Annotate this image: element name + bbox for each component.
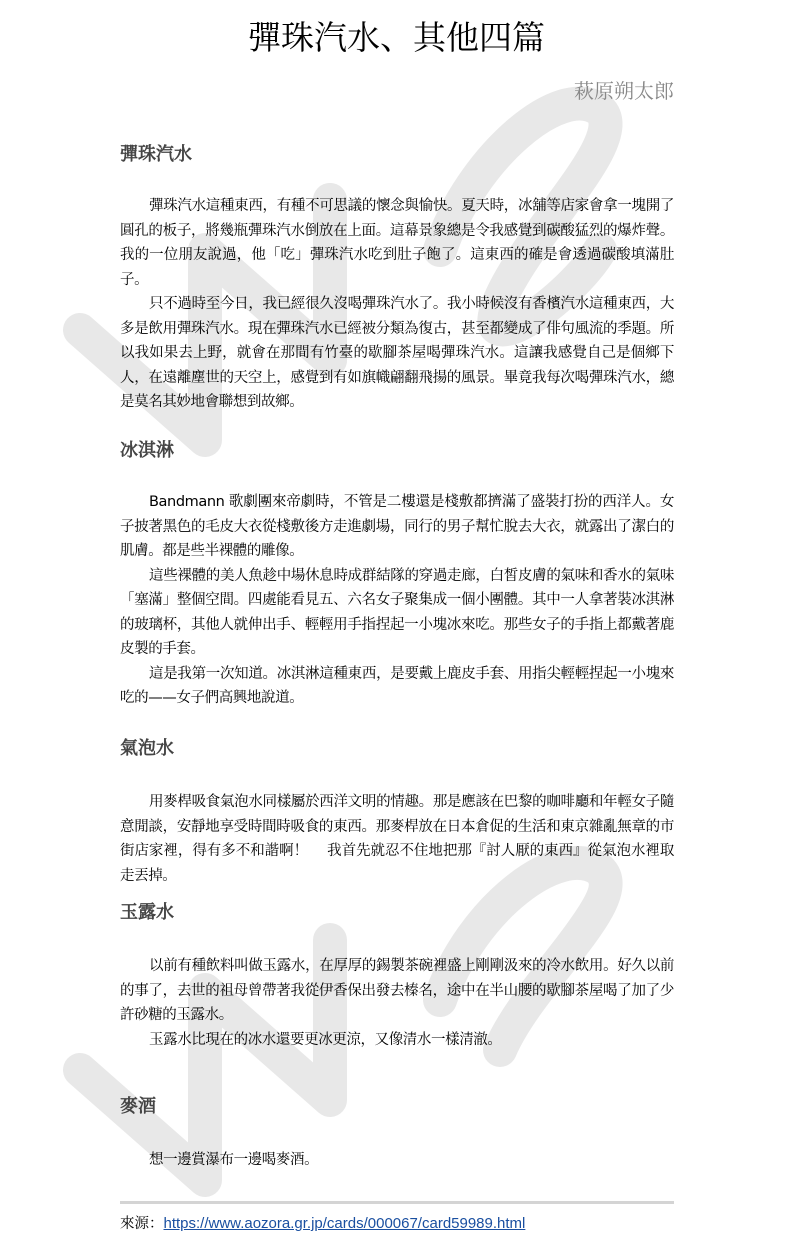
- source-footer: 來源：https://www.aozora.gr.jp/cards/000067…: [120, 1212, 525, 1233]
- page-title: 彈珠汽水、其他四篇: [0, 12, 793, 59]
- source-label: 來源：: [120, 1216, 164, 1232]
- paragraph: 彈珠汽水這種東西，有種不可思議的懷念與愉快。夏天時，冰舖等店家會拿一塊開了圓孔的…: [120, 194, 674, 292]
- section-body-ice-cream: Bandmann 歌劇團來帝劇時，不管是二樓還是棧敷都擠滿了盛裝打扮的西洋人。女…: [120, 490, 674, 711]
- section-body-soda-water: 用麥桿吸食氣泡水同樣屬於西洋文明的情趣。那是應該在巴黎的咖啡廳和年輕女子隨意閒談…: [120, 790, 674, 888]
- paragraph: 用麥桿吸食氣泡水同樣屬於西洋文明的情趣。那是應該在巴黎的咖啡廳和年輕女子隨意閒談…: [120, 790, 674, 888]
- section-body-beer: 想一邊賞瀑布一邊喝麥酒。: [120, 1148, 674, 1173]
- source-link[interactable]: https://www.aozora.gr.jp/cards/000067/ca…: [164, 1215, 526, 1232]
- section-body-ramune: 彈珠汽水這種東西，有種不可思議的懷念與愉快。夏天時，冰舖等店家會拿一塊開了圓孔的…: [120, 194, 674, 415]
- paragraph: 以前有種飲料叫做玉露水，在厚厚的錫製茶碗裡盛上剛剛汲來的冷水飲用。好久以前的事了…: [120, 954, 674, 1028]
- section-heading-beer: 麥酒: [120, 1092, 156, 1118]
- author-name: 萩原朔太郎: [574, 75, 674, 104]
- paragraph: 玉露水比現在的冰水還要更冰更涼，又像清水一樣清澈。: [120, 1028, 674, 1053]
- section-heading-gyokuro-water: 玉露水: [120, 898, 174, 924]
- section-heading-ice-cream: 冰淇淋: [120, 436, 174, 462]
- section-heading-soda-water: 氣泡水: [120, 734, 174, 760]
- footer-divider: [120, 1201, 674, 1204]
- paragraph: 想一邊賞瀑布一邊喝麥酒。: [120, 1148, 674, 1173]
- paragraph: Bandmann 歌劇團來帝劇時，不管是二樓還是棧敷都擠滿了盛裝打扮的西洋人。女…: [120, 490, 674, 564]
- section-body-gyokuro-water: 以前有種飲料叫做玉露水，在厚厚的錫製茶碗裡盛上剛剛汲來的冷水飲用。好久以前的事了…: [120, 954, 674, 1052]
- paragraph: 這些裸體的美人魚趁中場休息時成群結隊的穿過走廊，白皙皮膚的氣味和香水的氣味「塞滿…: [120, 564, 674, 662]
- paragraph: 只不過時至今日，我已經很久沒喝彈珠汽水了。我小時候沒有香檳汽水這種東西，大多是飲…: [120, 292, 674, 415]
- paragraph: 這是我第一次知道。冰淇淋這種東西，是要戴上鹿皮手套、用指尖輕輕捏起一小塊來吃的—…: [120, 662, 674, 711]
- section-heading-ramune: 彈珠汽水: [120, 140, 192, 166]
